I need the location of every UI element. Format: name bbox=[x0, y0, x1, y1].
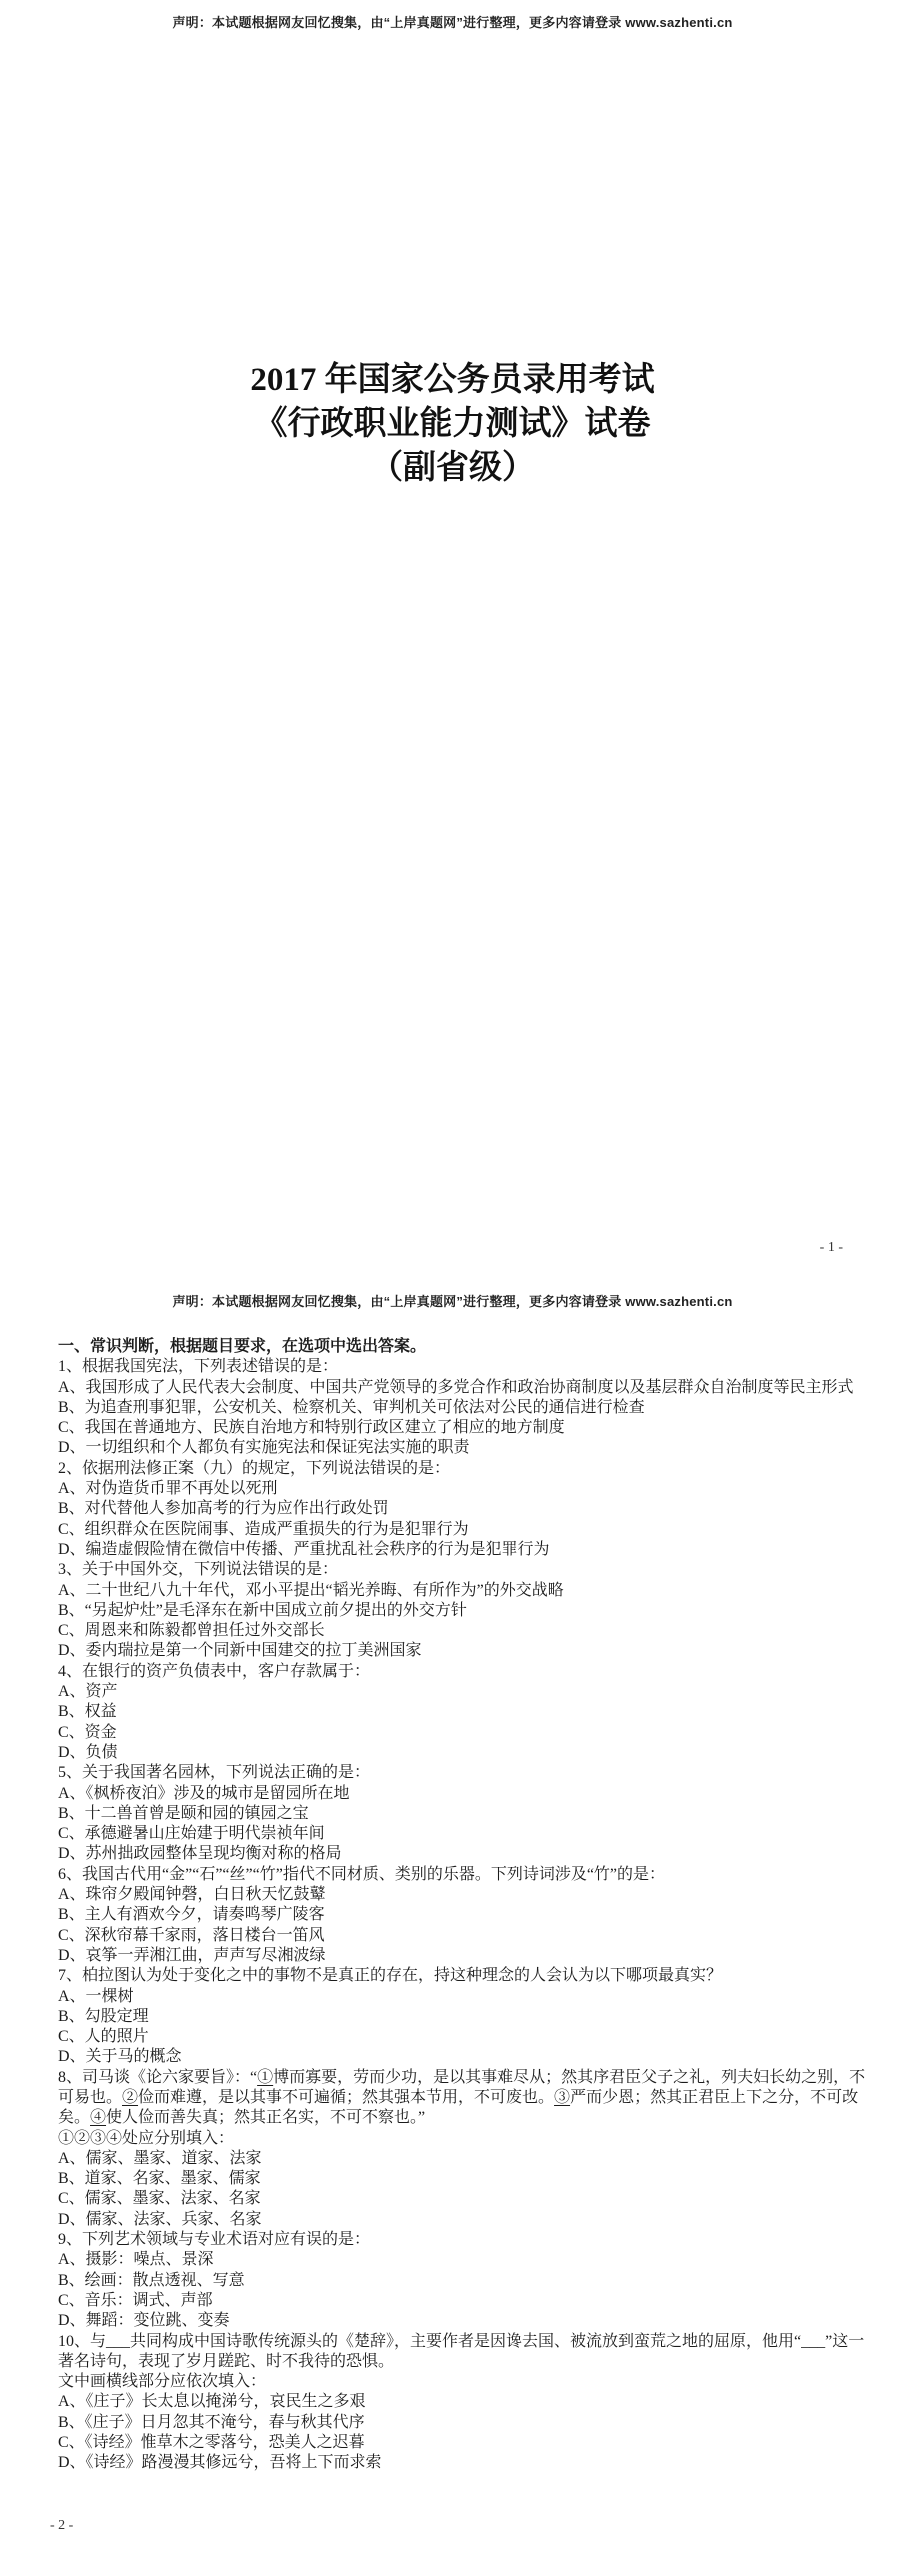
question-number: 9、 bbox=[58, 2231, 82, 2248]
option-line: C、组织群众在医院闹事、造成严重损失的行为是犯罪行为 bbox=[58, 1520, 878, 1540]
question-stem: 4、在银行的资产负债表中，客户存款属于： bbox=[58, 1662, 878, 1682]
option-line: B、对代替他人参加高考的行为应作出行政处罚 bbox=[58, 1499, 878, 1519]
option-line: B、“另起炉灶”是毛泽东在新中国成立前夕提出的外交方针 bbox=[58, 1601, 878, 1621]
option-line: D、哀筝一弄湘江曲，声声写尽湘波绿 bbox=[58, 1946, 878, 1966]
option-line: D、舞蹈：变位跳、变奏 bbox=[58, 2311, 878, 2331]
option-line: C、承德避暑山庄始建于明代崇祯年间 bbox=[58, 1824, 878, 1844]
document-page: 声明：本试题根据网友回忆搜集，由“上岸真题网”进行整理，更多内容请登录 www.… bbox=[0, 0, 905, 2560]
option-line: D、编造虚假险情在微信中传播、严重扰乱社会秩序的行为是犯罪行为 bbox=[58, 1540, 878, 1560]
option-line: B、主人有酒欢今夕，请奏鸣琴广陵客 bbox=[58, 1905, 878, 1925]
option-line: C、《诗经》惟草木之零落兮，恐美人之迟暮 bbox=[58, 2433, 878, 2453]
stem-text: 依据刑法修正案（九）的规定，下列说法错误的是： bbox=[82, 1460, 450, 1477]
option-line: D、委内瑞拉是第一个同新中国建交的拉丁美洲国家 bbox=[58, 1641, 878, 1661]
option-line: D、一切组织和个人都负有实施宪法和保证宪法实施的职责 bbox=[58, 1438, 878, 1458]
question-stem: 3、关于中国外交，下列说法错误的是： bbox=[58, 1560, 878, 1580]
option-line: A、儒家、墨家、道家、法家 bbox=[58, 2149, 878, 2169]
question-stem-note: ①②③④处应分别填入： bbox=[58, 2129, 878, 2149]
option-line: D、负债 bbox=[58, 1743, 878, 1763]
question-stem: 8、司马谈《论六家要旨》：“①博而寡要，劳而少功，是以其事难尽从；然其序君臣父子… bbox=[58, 2068, 878, 2129]
exam-title: 2017 年国家公务员录用考试 《行政职业能力测试》试卷 （副省级） bbox=[0, 358, 905, 490]
question-stem: 1、根据我国宪法，下列表述错误的是： bbox=[58, 1357, 878, 1377]
stem-text: 关于我国著名园林，下列说法正确的是： bbox=[82, 1764, 370, 1781]
question-stem: 2、依据刑法修正案（九）的规定，下列说法错误的是： bbox=[58, 1459, 878, 1479]
question-number: 3、 bbox=[58, 1561, 82, 1578]
option-line: C、音乐：调式、声部 bbox=[58, 2291, 878, 2311]
option-line: B、权益 bbox=[58, 1702, 878, 1722]
option-line: A、珠帘夕殿闻钟磬，白日秋天忆鼓鼙 bbox=[58, 1885, 878, 1905]
option-line: B、十二兽首曾是颐和园的镇园之宝 bbox=[58, 1804, 878, 1824]
stem-text: 文中画横线部分应依次填入： bbox=[58, 2373, 266, 2390]
stem-text: 使人俭而善失真；然其正名实，不可不察也。” bbox=[106, 2109, 425, 2126]
option-line: A、资产 bbox=[58, 1682, 878, 1702]
underlined-blank-marker: ① bbox=[257, 2069, 273, 2086]
title-line-year: 2017 年国家公务员录用考试 bbox=[0, 358, 905, 402]
option-line: D、儒家、法家、兵家、名家 bbox=[58, 2210, 878, 2230]
question-number: 10、 bbox=[58, 2333, 90, 2350]
option-line: D、苏州拙政园整体呈现均衡对称的格局 bbox=[58, 1844, 878, 1864]
question-number: 4、 bbox=[58, 1663, 82, 1680]
question-number: 6、 bbox=[58, 1866, 82, 1883]
option-line: C、资金 bbox=[58, 1723, 878, 1743]
page-number-1: - 1 - bbox=[820, 1240, 843, 1256]
question-number: 1、 bbox=[58, 1358, 82, 1375]
stem-text: ①②③④处应分别填入： bbox=[58, 2130, 234, 2147]
option-line: C、儒家、墨家、法家、名家 bbox=[58, 2189, 878, 2209]
option-line: B、勾股定理 bbox=[58, 2007, 878, 2027]
stem-text: 司马谈《论六家要旨》：“ bbox=[82, 2069, 257, 2086]
stem-text: 我国古代用“金”“石”“丝”“竹”指代不同材质、类别的乐器。下列诗词涉及“竹”的… bbox=[82, 1866, 665, 1883]
underlined-blank-marker: ④ bbox=[90, 2109, 106, 2126]
disclaimer-text-page2: 声明：本试题根据网友回忆搜集，由“上岸真题网”进行整理，更多内容请登录 www.… bbox=[0, 1291, 905, 1310]
option-line: A、对伪造货币罪不再处以死刑 bbox=[58, 1479, 878, 1499]
underlined-blank-marker: ② bbox=[122, 2089, 138, 2106]
question-stem: 6、我国古代用“金”“石”“丝”“竹”指代不同材质、类别的乐器。下列诗词涉及“竹… bbox=[58, 1865, 878, 1885]
option-line: A、我国形成了人民代表大会制度、中国共产党领导的多党合作和政治协商制度以及基层群… bbox=[58, 1378, 878, 1398]
option-line: A、一棵树 bbox=[58, 1987, 878, 2007]
question-stem-note: 文中画横线部分应依次填入： bbox=[58, 2372, 878, 2392]
stem-text: 与___共同构成中国诗歌传统源头的《楚辞》，主要作者是因谗去国、被流放到蛮荒之地… bbox=[58, 2333, 864, 2370]
question-stem: 5、关于我国著名园林，下列说法正确的是： bbox=[58, 1763, 878, 1783]
option-line: A、二十世纪八九十年代，邓小平提出“韬光养晦、有所作为”的外交战略 bbox=[58, 1581, 878, 1601]
underlined-blank-marker: ③ bbox=[554, 2089, 570, 2106]
exam-content: 一、常识判断，根据题目要求，在选项中选出答案。 1、根据我国宪法，下列表述错误的… bbox=[58, 1337, 878, 2474]
title-line-level: （副省级） bbox=[0, 446, 905, 490]
stem-text: 在银行的资产负债表中，客户存款属于： bbox=[82, 1663, 370, 1680]
stem-text: 根据我国宪法，下列表述错误的是： bbox=[82, 1358, 338, 1375]
page-number-2: - 2 - bbox=[50, 2518, 73, 2534]
option-line: D、关于马的概念 bbox=[58, 2047, 878, 2067]
question-number: 8、 bbox=[58, 2069, 82, 2086]
stem-text: 俭而难遵，是以其事不可遍循；然其强本节用，不可废也。 bbox=[138, 2089, 554, 2106]
stem-text: 关于中国外交，下列说法错误的是： bbox=[82, 1561, 338, 1578]
option-line: C、我国在普通地方、民族自治地方和特别行政区建立了相应的地方制度 bbox=[58, 1418, 878, 1438]
option-line: A、《枫桥夜泊》涉及的城市是留园所在地 bbox=[58, 1784, 878, 1804]
question-number: 5、 bbox=[58, 1764, 82, 1781]
question-number: 7、 bbox=[58, 1967, 82, 1984]
question-stem: 7、柏拉图认为处于变化之中的事物不是真正的存在，持这种理念的人会认为以下哪项最真… bbox=[58, 1966, 878, 1986]
option-line: C、周恩来和陈毅都曾担任过外交部长 bbox=[58, 1621, 878, 1641]
question-stem: 10、与___共同构成中国诗歌传统源头的《楚辞》，主要作者是因谗去国、被流放到蛮… bbox=[58, 2332, 878, 2373]
option-line: A、《庄子》长太息以掩涕兮，哀民生之多艰 bbox=[58, 2392, 878, 2412]
option-line: C、人的照片 bbox=[58, 2027, 878, 2047]
title-line-subject: 《行政职业能力测试》试卷 bbox=[0, 402, 905, 446]
stem-text: 下列艺术领域与专业术语对应有误的是： bbox=[82, 2231, 370, 2248]
disclaimer-text-page1: 声明：本试题根据网友回忆搜集，由“上岸真题网”进行整理，更多内容请登录 www.… bbox=[0, 12, 905, 31]
option-line: C、深秋帘幕千家雨，落日楼台一笛风 bbox=[58, 1926, 878, 1946]
option-line: B、道家、名家、墨家、儒家 bbox=[58, 2169, 878, 2189]
question-stem: 9、下列艺术领域与专业术语对应有误的是： bbox=[58, 2230, 878, 2250]
question-number: 2、 bbox=[58, 1460, 82, 1477]
section-header: 一、常识判断，根据题目要求，在选项中选出答案。 bbox=[58, 1337, 878, 1357]
option-line: A、摄影：噪点、景深 bbox=[58, 2250, 878, 2270]
stem-text: 柏拉图认为处于变化之中的事物不是真正的存在，持这种理念的人会认为以下哪项最真实？ bbox=[82, 1967, 722, 1984]
option-line: B、绘画：散点透视、写意 bbox=[58, 2271, 878, 2291]
questions: 1、根据我国宪法，下列表述错误的是：A、我国形成了人民代表大会制度、中国共产党领… bbox=[58, 1357, 878, 2473]
option-line: B、《庄子》日月忽其不淹兮，春与秋其代序 bbox=[58, 2413, 878, 2433]
option-line: B、为追查刑事犯罪，公安机关、检察机关、审判机关可依法对公民的通信进行检查 bbox=[58, 1398, 878, 1418]
option-line: D、《诗经》路漫漫其修远兮，吾将上下而求索 bbox=[58, 2453, 878, 2473]
